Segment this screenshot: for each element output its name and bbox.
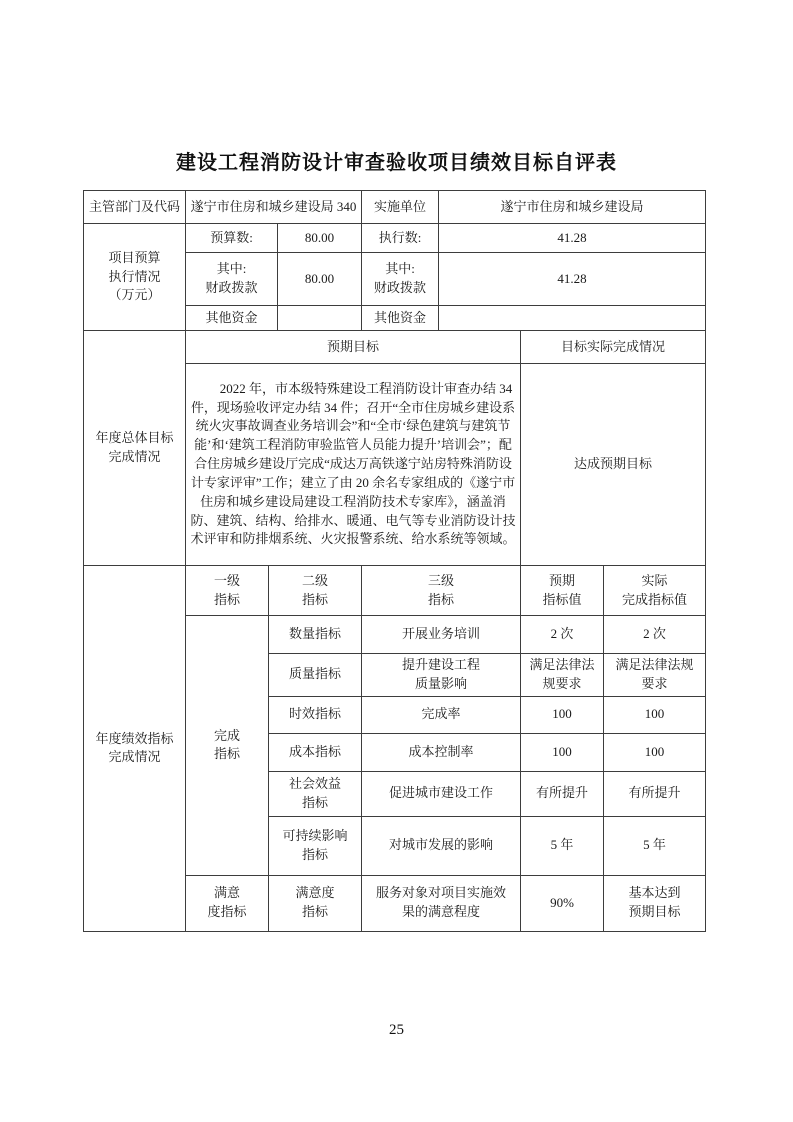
- indicator-level2: 可持续影响 指标: [269, 816, 362, 875]
- indicator-level3: 开展业务培训: [362, 616, 521, 654]
- budget-label: 其中: 财政拨款: [362, 253, 439, 306]
- budget-value: [439, 306, 706, 331]
- indicator-actual: 100: [604, 696, 706, 733]
- table-row: 年度总体目标 完成情况 预期目标 目标实际完成情况: [84, 331, 706, 364]
- indicator-level3: 完成率: [362, 696, 521, 733]
- budget-value: 80.00: [278, 253, 362, 306]
- actual-completion-header: 目标实际完成情况: [521, 331, 706, 364]
- budget-label: 预算数:: [186, 224, 278, 253]
- indicator-expected: 满足法律法 规要求: [521, 654, 604, 697]
- indicator-actual: 有所提升: [604, 771, 706, 816]
- budget-label: 其他资金: [186, 306, 278, 331]
- indicator-actual: 5 年: [604, 816, 706, 875]
- indicator-level3: 成本控制率: [362, 733, 521, 771]
- impl-unit-label: 实施单位: [362, 191, 439, 224]
- budget-section-label: 项目预算 执行情况 （万元）: [84, 224, 186, 331]
- budget-label: 执行数:: [362, 224, 439, 253]
- indicator-actual: 100: [604, 733, 706, 771]
- level1-satisfaction-label: 满意 度指标: [186, 875, 269, 931]
- header-actual-value: 实际 完成指标值: [604, 566, 706, 616]
- indicator-actual: 2 次: [604, 616, 706, 654]
- budget-value: 80.00: [278, 224, 362, 253]
- indicator-level2: 社会效益 指标: [269, 771, 362, 816]
- page-title: 建设工程消防设计审查验收项目绩效目标自评表: [0, 146, 793, 175]
- header-level1: 一级 指标: [186, 566, 269, 616]
- indicator-actual: 满足法律法规 要求: [604, 654, 706, 697]
- indicator-level2: 成本指标: [269, 733, 362, 771]
- indicator-expected: 100: [521, 733, 604, 771]
- actual-completion-text: 达成预期目标: [521, 364, 706, 566]
- header-expected-value: 预期 指标值: [521, 566, 604, 616]
- expected-target-text: 2022 年，市本级特殊建设工程消防设计审查办结 34 件，现场验收评定办结 3…: [186, 364, 521, 566]
- table-row: 项目预算 执行情况 （万元） 预算数: 80.00 执行数: 41.28: [84, 224, 706, 253]
- header-level3: 三级 指标: [362, 566, 521, 616]
- indicator-level3: 服务对象对项目实施效 果的满意程度: [362, 875, 521, 931]
- level1-completion-label: 完成 指标: [186, 616, 269, 876]
- indicator-level2: 数量指标: [269, 616, 362, 654]
- annual-target-section-label: 年度总体目标 完成情况: [84, 331, 186, 566]
- document-page: 建设工程消防设计审查验收项目绩效目标自评表 主管部门及代码 遂宁市住房和城乡建设…: [0, 0, 793, 1122]
- budget-label: 其他资金: [362, 306, 439, 331]
- performance-section-label: 年度绩效指标 完成情况: [84, 566, 186, 932]
- indicator-actual: 基本达到 预期目标: [604, 875, 706, 931]
- indicator-expected: 100: [521, 696, 604, 733]
- budget-value: 41.28: [439, 224, 706, 253]
- table-row: 年度绩效指标 完成情况 一级 指标 二级 指标 三级 指标 预期 指标值 实际 …: [84, 566, 706, 616]
- indicator-level3: 提升建设工程 质量影响: [362, 654, 521, 697]
- indicator-expected: 5 年: [521, 816, 604, 875]
- indicator-level3: 促进城市建设工作: [362, 771, 521, 816]
- indicator-expected: 有所提升: [521, 771, 604, 816]
- indicator-level2: 质量指标: [269, 654, 362, 697]
- indicator-level3: 对城市发展的影响: [362, 816, 521, 875]
- dept-code-label: 主管部门及代码: [84, 191, 186, 224]
- indicator-expected: 2 次: [521, 616, 604, 654]
- dept-code-value: 遂宁市住房和城乡建设局 340: [186, 191, 362, 224]
- header-level2: 二级 指标: [269, 566, 362, 616]
- table-row: 主管部门及代码 遂宁市住房和城乡建设局 340 实施单位 遂宁市住房和城乡建设局: [84, 191, 706, 224]
- budget-value: 41.28: [439, 253, 706, 306]
- page-number: 25: [0, 1022, 793, 1039]
- self-evaluation-table: 主管部门及代码 遂宁市住房和城乡建设局 340 实施单位 遂宁市住房和城乡建设局…: [83, 190, 706, 932]
- indicator-level2: 时效指标: [269, 696, 362, 733]
- expected-target-header: 预期目标: [186, 331, 521, 364]
- indicator-expected: 90%: [521, 875, 604, 931]
- budget-label: 其中: 财政拨款: [186, 253, 278, 306]
- impl-unit-value: 遂宁市住房和城乡建设局: [439, 191, 706, 224]
- indicator-level2: 满意度 指标: [269, 875, 362, 931]
- budget-value: [278, 306, 362, 331]
